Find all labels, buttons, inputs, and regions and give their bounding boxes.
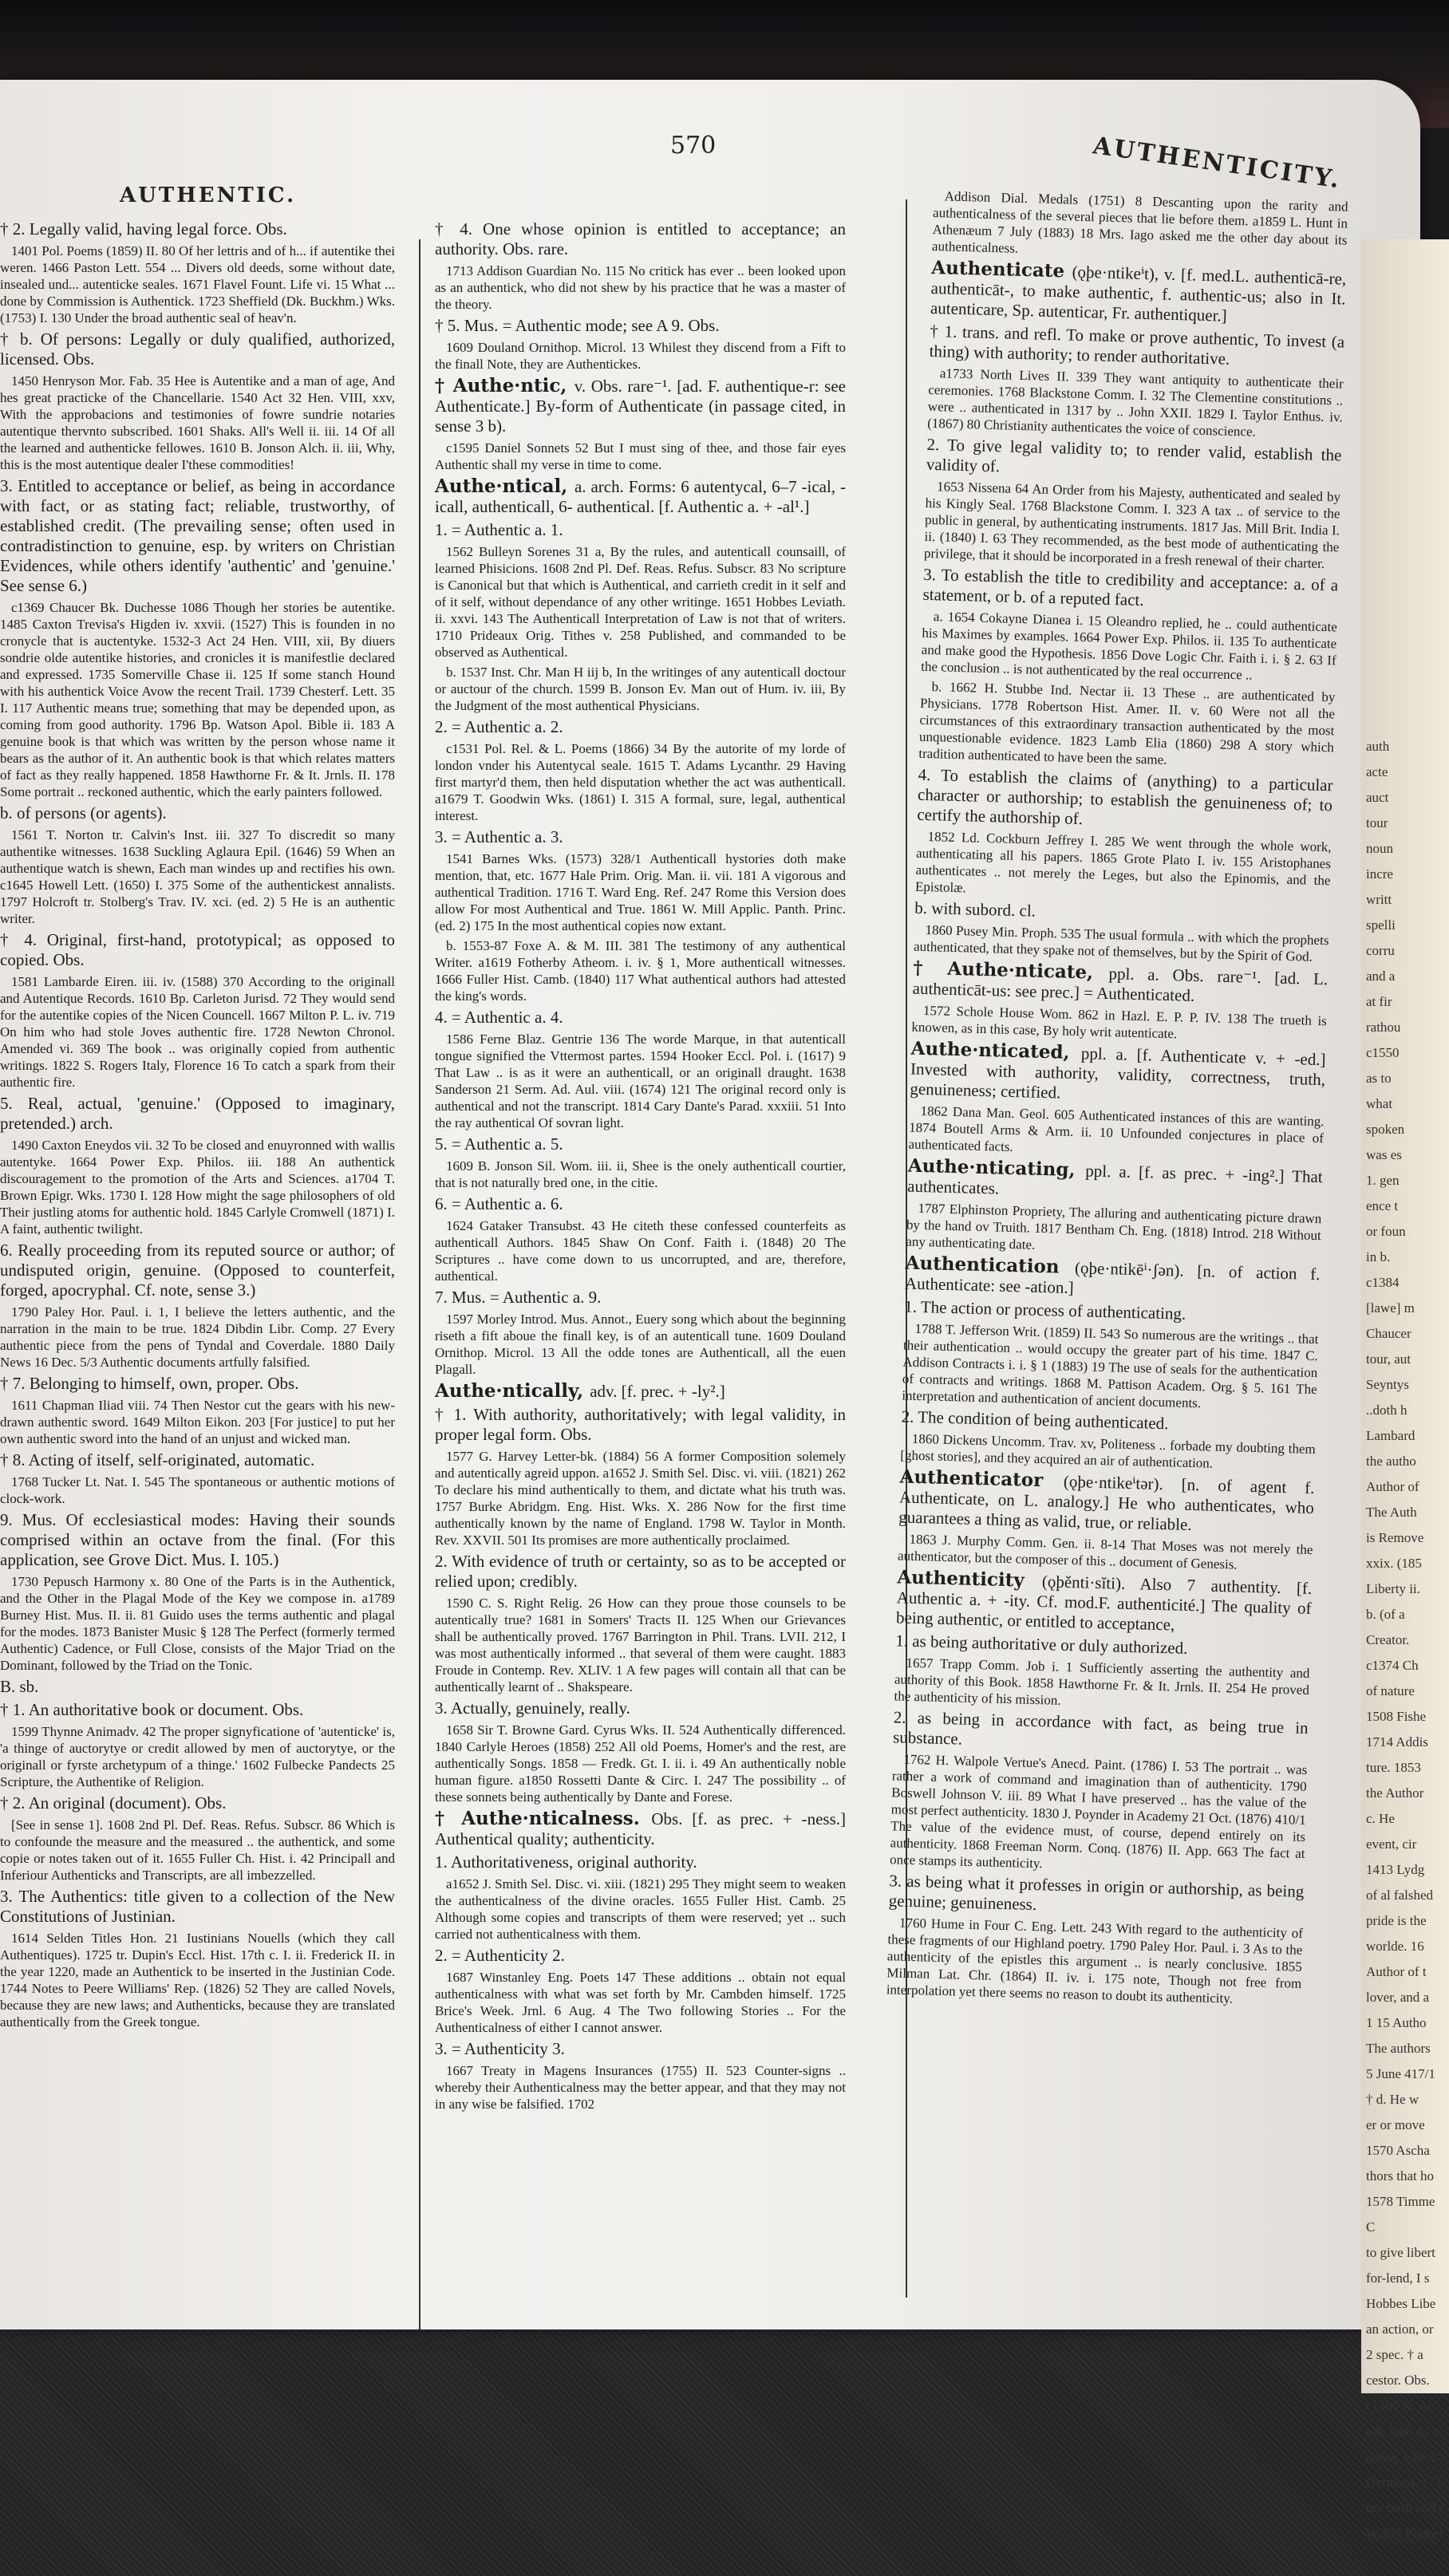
sense-definition: 2. as being in accordance with fact, as …: [893, 1707, 1309, 1758]
fragment: Liberty ii.: [1366, 1576, 1446, 1602]
quotation: 1541 Barnes Wks. (1573) 328/1 Authentica…: [435, 850, 846, 934]
sense-definition: † 4. One whose opinion is entitled to ac…: [435, 219, 846, 259]
fragment: 1 15 Autho: [1366, 2010, 1446, 2036]
fragment: Creator.: [1366, 1627, 1446, 1653]
sense-definition: 4. To establish the claims of (anything)…: [917, 765, 1333, 836]
fragment: what: [1366, 1091, 1446, 1117]
fragment: incre: [1366, 862, 1446, 887]
fragment: Hobbes Libe: [1366, 2291, 1446, 2317]
fragment: 1714 Addis: [1366, 1730, 1446, 1755]
fragment: lover, and a: [1366, 1985, 1446, 2010]
fragment: er or move: [1366, 2112, 1446, 2138]
fragment: Seyntys: [1366, 1372, 1446, 1398]
quotation: 1450 Henryson Mor. Fab. 35 Hee is Autent…: [0, 373, 395, 473]
quotation: 1577 G. Harvey Letter-bk. (1884) 56 A fo…: [435, 1448, 846, 1548]
sense-definition: 5. Real, actual, 'genuine.' (Opposed to …: [0, 1094, 395, 1134]
quotation: 1658 Sir T. Browne Gard. Cyrus Wks. II. …: [435, 1722, 846, 1805]
dictionary-entry: Authenticator (ǫþe·ntikeⁱtər). [n. of ag…: [898, 1466, 1315, 1538]
fragment: event, cir: [1366, 1832, 1446, 1857]
quotation: a1652 J. Smith Sel. Disc. vi. xiii. (182…: [435, 1876, 846, 1943]
fragment: and a: [1366, 964, 1446, 989]
dictionary-entry: Authe·ntically, adv. [f. prec. + -ly².]: [435, 1381, 846, 1402]
sense-definition: b. of persons (or agents).: [0, 803, 395, 823]
fragment: or foun: [1366, 1219, 1446, 1245]
sense-definition: 7. Mus. = Authentic a. 9.: [435, 1288, 846, 1308]
fragment: 1413 Lydg: [1366, 1857, 1446, 1883]
fragment: tour: [1366, 811, 1446, 836]
sense-definition: 1. Authoritativeness, original authority…: [435, 1852, 846, 1872]
fragment: pride is the: [1366, 1908, 1446, 1934]
quotation: c1369 Chaucer Bk. Duchesse 1086 Though h…: [0, 599, 395, 800]
fragment: an action, or: [1366, 2317, 1446, 2342]
fragment: the autho: [1366, 1449, 1446, 1474]
quotation: c1531 Pol. Rel. & L. Poems (1866) 34 By …: [435, 740, 846, 824]
fragment: of al falshed: [1366, 1883, 1446, 1908]
fragment: auth: [1366, 734, 1446, 759]
quotation: 1609 B. Jonson Sil. Wom. iii. ii, Shee i…: [435, 1158, 846, 1191]
fragment: rathou: [1366, 1015, 1446, 1040]
dictionary-entry: Authentication (ǫþe·ntikēⁱ·ʃən). [n. of …: [905, 1253, 1321, 1305]
quotation: a. 1654 Cokayne Dianea i. 15 Oleandro re…: [921, 608, 1337, 686]
quotation: 1768 Tucker Lt. Nat. I. 545 The spontane…: [0, 1473, 395, 1507]
sense-definition: 3. = Authentic a. 3.: [435, 827, 846, 847]
quotation: 1586 Ferne Blaz. Gentrie 136 The worde M…: [435, 1031, 846, 1131]
sense-definition: † 1. With authority, authoritatively; wi…: [435, 1405, 846, 1445]
quotation: 1401 Pol. Poems (1859) II. 80 Of her let…: [0, 243, 395, 326]
sense-definition: 5. = Authentic a. 5.: [435, 1134, 846, 1154]
dictionary-entry: Authe·nticating, ppl. a. [f. as prec. + …: [907, 1156, 1323, 1208]
fragment: thors that ho: [1366, 2164, 1446, 2189]
quotation: b. 1553-87 Foxe A. & M. III. 381 The tes…: [435, 937, 846, 1004]
quotation: 1614 Selden Titles Hon. 21 Iustinians No…: [0, 1930, 395, 2030]
quotation: 1611 Chapman Iliad viii. 74 Then Nestor …: [0, 1397, 395, 1447]
fragment: The Auth: [1366, 1500, 1446, 1525]
facing-page-text: authacteaucttournounincrewrittspellicorr…: [1361, 239, 1449, 2546]
quotation: 1852 Ld. Cockburn Jeffrey I. 285 We went…: [915, 828, 1332, 906]
entry-etymology: adv. [f. prec. + -ly².]: [590, 1382, 725, 1401]
fragment: to give libert: [1366, 2240, 1446, 2266]
fragment: noun: [1366, 836, 1446, 862]
fragment: ..doth h: [1366, 1398, 1446, 1423]
sense-definition: † 2. Legally valid, having legal force. …: [0, 219, 395, 239]
dictionary-entry: Authe·ntical, a. arch. Forms: 6 autentyc…: [435, 476, 846, 517]
fragment: is Remove: [1366, 1525, 1446, 1551]
quotation: [See in sense 1]. 1608 2nd Pl. Def. Reas…: [0, 1817, 395, 1884]
fragment: 1570 Ascha: [1366, 2138, 1446, 2164]
sense-definition: 6. = Authentic a. 6.: [435, 1194, 846, 1214]
dictionary-entry: † Authe·nticate, ppl. a. Obs. rare⁻¹. [a…: [912, 958, 1328, 1010]
dictionary-entry: † Authe·nticalness. Obs. [f. as prec. + …: [435, 1809, 846, 1849]
middle-column: † 4. One whose opinion is entitled to ac…: [435, 219, 846, 2116]
column-divider-left: [419, 239, 420, 2329]
sense-definition: 6. Really proceeding from its reputed so…: [0, 1241, 395, 1300]
fragment: Germans. 171: [1366, 2470, 1446, 2495]
fragment: xxix. (185: [1366, 1551, 1446, 1576]
quotation: 1687 Winstanley Eng. Poets 147 These add…: [435, 1969, 846, 2036]
fragment: ture. 1853: [1366, 1755, 1446, 1781]
quotation: 1561 T. Norton tr. Calvin's Inst. iii. 3…: [0, 826, 395, 927]
quotation: 1609 Douland Ornithop. Microl. 13 Whiles…: [435, 339, 846, 373]
sense-definition: 3. Actually, genuinely, really.: [435, 1698, 846, 1718]
sense-definition: 2. To give legal validity to; to render …: [926, 435, 1342, 486]
fragment: writt: [1366, 887, 1446, 913]
fragment: c1374 Ch: [1366, 1653, 1446, 1679]
headword: † Authe·nticalness.: [435, 1808, 651, 1829]
fragment: † d. He w: [1366, 2087, 1446, 2112]
quotation: 1790 Paley Hor. Paul. i. 1, I believe th…: [0, 1304, 395, 1371]
fragment: spoken: [1366, 1117, 1446, 1142]
quotation: c1595 Daniel Sonnets 52 But I must sing …: [435, 440, 846, 473]
fragment: at fir: [1366, 989, 1446, 1015]
quotation: 1562 Bulleyn Sorenes 31 a, By the rules,…: [435, 543, 846, 661]
sense-definition: † 2. An original (document). Obs.: [0, 1793, 395, 1813]
fragment: my birth and r: [1366, 2495, 1446, 2521]
fragment: of nature: [1366, 1679, 1446, 1704]
sense-definition: † 4. Original, first-hand, prototypical;…: [0, 930, 395, 970]
quotation: 1788 T. Jefferson Writ. (1859) II. 543 S…: [902, 1320, 1319, 1415]
fragment: c1384: [1366, 1270, 1446, 1296]
fragment: canus, who is: [1366, 2444, 1446, 2470]
quotation: 1760 Hume in Four C. Eng. Lett. 243 With…: [886, 1914, 1304, 2009]
sense-definition: † 7. Belonging to himself, own, proper. …: [0, 1374, 395, 1394]
right-column: Addison Dial. Medals (1751) 8 Descanting…: [886, 187, 1348, 2012]
headword: † Authe·ntic,: [435, 375, 574, 396]
sense-definition: 3. To establish the title to credibility…: [922, 565, 1338, 616]
page-number: 570: [670, 132, 716, 160]
quotation: a1733 North Lives II. 339 They want anti…: [927, 365, 1344, 443]
fragment: for-lend, I s: [1366, 2266, 1446, 2291]
fragment: auct: [1366, 785, 1446, 811]
fragment: as to: [1366, 1066, 1446, 1091]
fragment: ence t: [1366, 1193, 1446, 1219]
fragment: c1550: [1366, 1040, 1446, 1066]
facing-page-edge: authacteaucttournounincrewrittspellicorr…: [1361, 239, 1449, 2393]
fragment: Author of: [1366, 1474, 1446, 1500]
fragment: corru: [1366, 938, 1446, 964]
left-column: † 2. Legally valid, having legal force. …: [0, 219, 395, 2034]
sense-definition: † 8. Acting of itself, self-originated, …: [0, 1450, 395, 1470]
quotation: 1653 Nissena 64 An Order from his Majest…: [924, 478, 1341, 573]
fragment: c1300 K. Al: [1366, 2393, 1446, 2419]
sense-definition: † b. Of persons: Legally or duly qualifi…: [0, 329, 395, 369]
fragment: 2 spec. † a: [1366, 2342, 1446, 2368]
fragment: 1508 Fishe: [1366, 1704, 1446, 1730]
sense-definition: 3. Entitled to acceptance or belief, as …: [0, 476, 395, 596]
quotation: 1862 Dana Man. Geol. 605 Authenticated i…: [908, 1103, 1324, 1164]
fragment: [lawe] m: [1366, 1296, 1446, 1321]
fragment: b. (of a: [1366, 1602, 1446, 1627]
sense-definition: 4. = Authentic a. 4.: [435, 1008, 846, 1028]
dictionary-entry: † Authe·ntic, v. Obs. rare⁻¹. [ad. F. au…: [435, 376, 846, 436]
fragment: Lambard: [1366, 1423, 1446, 1449]
fragment: 5 June 417/1: [1366, 2061, 1446, 2087]
dictionary-entry: Authe·nticated, ppl. a. [f. Authenticate…: [910, 1039, 1326, 1110]
fragment: worlde. 16: [1366, 1934, 1446, 1959]
fragment: alle hath do n: [1366, 2419, 1446, 2444]
fragment: Author of t: [1366, 1959, 1446, 1985]
quotation: b. 1662 H. Stubbe Ind. Nectar ii. 13 The…: [918, 678, 1336, 773]
quotation: 1657 Trapp Comm. Job i. 1 Sufficiently a…: [894, 1654, 1309, 1715]
sense-definition: 2. With evidence of truth or certainty, …: [435, 1552, 846, 1592]
sense-definition: 9. Mus. Of ecclesiastical modes: Having …: [0, 1510, 395, 1570]
quotation: 1787 Elphinston Propriety, The alluring …: [906, 1200, 1321, 1261]
fragment: c. He: [1366, 1806, 1446, 1832]
quotation: 1590 C. S. Right Relig. 26 How can they …: [435, 1595, 846, 1695]
fragment: Chaucer: [1366, 1321, 1446, 1347]
sense-definition: † 5. Mus. = Authentic mode; see A 9. Obs…: [435, 316, 846, 336]
quotation: 1713 Addison Guardian No. 115 No critick…: [435, 262, 846, 313]
running-head-left: AUTHENTIC.: [120, 183, 296, 207]
quotation: 1581 Lambarde Eiren. iii. iv. (1588) 370…: [0, 973, 395, 1091]
sense-definition: 3. = Authenticity 3.: [435, 2039, 846, 2059]
quotation: 1599 Thynne Animadv. 42 The proper signy…: [0, 1723, 395, 1790]
sense-definition: B. sb.: [0, 1677, 395, 1697]
quotation: 1490 Caxton Eneydos vii. 32 To be closed…: [0, 1137, 395, 1237]
quotation: 1624 Gataker Transubst. 43 He citeth the…: [435, 1217, 846, 1284]
headword: Authe·ntically,: [435, 1380, 590, 1402]
fragment: The authors: [1366, 2036, 1446, 2061]
fragment: acte: [1366, 759, 1446, 785]
sense-definition: 2. = Authentic a. 2.: [435, 717, 846, 737]
fragment: 1578 Timme C: [1366, 2189, 1446, 2240]
fragment: tour, aut: [1366, 1347, 1446, 1372]
fragment: spelli: [1366, 913, 1446, 938]
quotation: 1597 Morley Introd. Mus. Annot., Euery s…: [435, 1311, 846, 1378]
sense-definition: 2. = Authenticity 2.: [435, 1946, 846, 1966]
fragment: the Author: [1366, 1781, 1446, 1806]
sense-definition: † 1. trans. and refl. To make or prove a…: [929, 322, 1344, 373]
fragment: in b.: [1366, 1245, 1446, 1270]
fragment: cestor. Obs.: [1366, 2368, 1446, 2393]
fragment: was es: [1366, 1142, 1446, 1168]
sense-definition: † 1. An authoritative book or document. …: [0, 1700, 395, 1720]
headword: Authe·ntical,: [435, 475, 574, 497]
fragment: 1. gen: [1366, 1168, 1446, 1193]
quotation: b. 1537 Inst. Chr. Man H iij b, In the w…: [435, 664, 846, 714]
sense-definition: 1. = Authentic a. 1.: [435, 520, 846, 540]
quotation: 1730 Pepusch Harmony x. 80 One of the Pa…: [0, 1573, 395, 1674]
sense-definition: 3. as being what it professes in origin …: [888, 1871, 1304, 1922]
dictionary-entry: Authenticity (ǫþěnti·sĭti). Also 7 authe…: [896, 1567, 1313, 1639]
quotation: 1667 Treaty in Magens Insurances (1755) …: [435, 2062, 846, 2112]
dictionary-entry: Authenticate (ǫþe·ntikeⁱt), v. [f. med.L…: [930, 258, 1347, 329]
fragment: Walter Plumer: [1366, 2521, 1446, 2546]
quotation: 1762 H. Walpole Vertue's Anecd. Paint. (…: [890, 1750, 1308, 1879]
quotation: Addison Dial. Medals (1751) 8 Descanting…: [932, 187, 1348, 266]
sense-definition: 3. The Authentics: title given to a coll…: [0, 1887, 395, 1927]
